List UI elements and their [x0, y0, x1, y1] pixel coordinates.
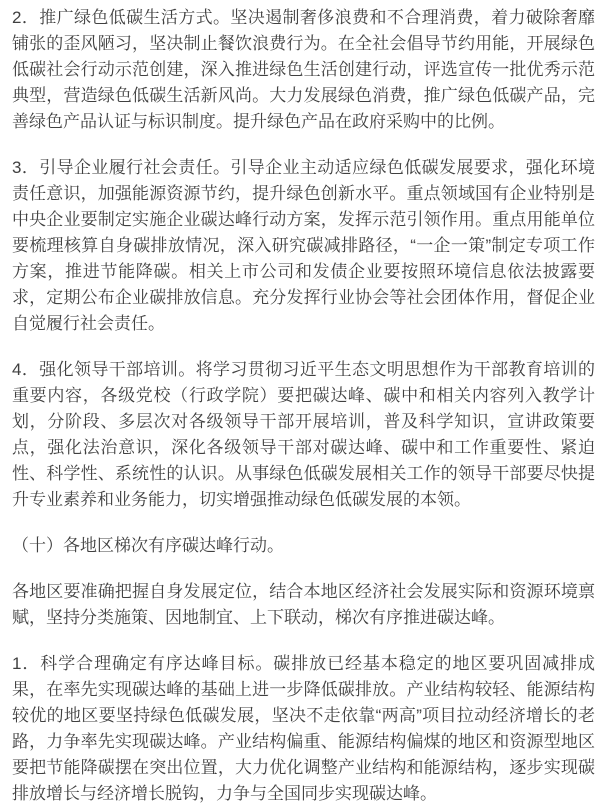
paragraph-cadre-training: 4．强化领导干部培训。将学习贯彻习近平生态文明思想作为干部教育培训的重要内容，各…	[12, 357, 595, 513]
paragraph-peak-targets: 1．科学合理确定有序达峰目标。碳排放已经基本稳定的地区要巩固减排成果，在率先实现…	[12, 651, 595, 807]
paragraph-green-lifestyle: 2．推广绿色低碳生活方式。坚决遏制奢侈浪费和不合理消费，着力破除奢靡铺张的歪风陋…	[12, 5, 595, 135]
paragraph-regional-positioning: 各地区要准确把握自身发展定位，结合本地区经济社会发展实际和资源环境禀赋，坚持分类…	[12, 579, 595, 631]
paragraph-corporate-responsibility: 3．引导企业履行社会责任。引导企业主动适应绿色低碳发展要求，强化环境责任意识，加…	[12, 155, 595, 337]
document-page: 2．推广绿色低碳生活方式。坚决遏制奢侈浪费和不合理消费，着力破除奢靡铺张的歪风陋…	[0, 0, 607, 807]
section-heading-regional-carbon-peak: （十）各地区梯次有序碳达峰行动。	[12, 533, 595, 559]
